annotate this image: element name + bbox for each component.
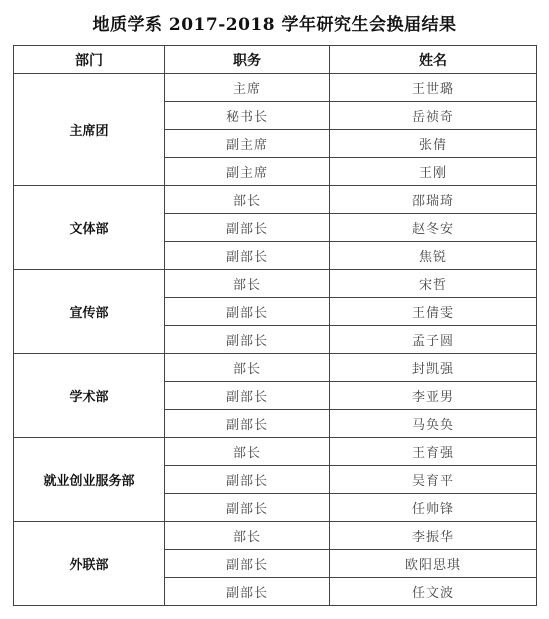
table-row: 主席团 主席 王世璐 — [14, 74, 537, 102]
name-cell: 王倩雯 — [330, 298, 537, 326]
name-cell: 李振华 — [330, 522, 537, 550]
position-cell: 副部长 — [165, 214, 330, 242]
department-cell: 就业创业服务部 — [14, 438, 165, 522]
name-cell: 邵瑞琦 — [330, 186, 537, 214]
name-cell: 王育强 — [330, 438, 537, 466]
name-cell: 吴育平 — [330, 466, 537, 494]
position-cell: 部长 — [165, 270, 330, 298]
header-department: 部门 — [14, 46, 165, 74]
position-cell: 副部长 — [165, 382, 330, 410]
department-cell: 外联部 — [14, 522, 165, 606]
name-cell: 宋哲 — [330, 270, 537, 298]
department-cell: 宣传部 — [14, 270, 165, 354]
name-cell: 王刚 — [330, 158, 537, 186]
name-cell: 任文波 — [330, 578, 537, 606]
name-cell: 封凯强 — [330, 354, 537, 382]
position-cell: 副部长 — [165, 578, 330, 606]
table-row: 学术部 部长 封凯强 — [14, 354, 537, 382]
name-cell: 任帅锋 — [330, 494, 537, 522]
table-row: 宣传部 部长 宋哲 — [14, 270, 537, 298]
position-cell: 副主席 — [165, 130, 330, 158]
position-cell: 主席 — [165, 74, 330, 102]
header-position: 职务 — [165, 46, 330, 74]
position-cell: 部长 — [165, 354, 330, 382]
name-cell: 赵冬安 — [330, 214, 537, 242]
name-cell: 焦锐 — [330, 242, 537, 270]
position-cell: 副主席 — [165, 158, 330, 186]
position-cell: 部长 — [165, 438, 330, 466]
department-cell: 主席团 — [14, 74, 165, 186]
roster-table: 部门 职务 姓名 主席团 主席 王世璐 秘书长 岳祯奇 副主席 张倩 副主席 王… — [13, 45, 537, 606]
position-cell: 副部长 — [165, 550, 330, 578]
name-cell: 张倩 — [330, 130, 537, 158]
position-cell: 副部长 — [165, 410, 330, 438]
department-cell: 学术部 — [14, 354, 165, 438]
name-cell: 岳祯奇 — [330, 102, 537, 130]
name-cell: 王世璐 — [330, 74, 537, 102]
document-title: 地质学系 2017-2018 学年研究生会换届结果 — [0, 10, 549, 35]
name-cell: 马奂奂 — [330, 410, 537, 438]
name-cell: 李亚男 — [330, 382, 537, 410]
position-cell: 副部长 — [165, 466, 330, 494]
position-cell: 秘书长 — [165, 102, 330, 130]
name-cell: 欧阳思琪 — [330, 550, 537, 578]
position-cell: 部长 — [165, 186, 330, 214]
position-cell: 副部长 — [165, 494, 330, 522]
position-cell: 副部长 — [165, 298, 330, 326]
table-row: 外联部 部长 李振华 — [14, 522, 537, 550]
position-cell: 副部长 — [165, 326, 330, 354]
table-row: 就业创业服务部 部长 王育强 — [14, 438, 537, 466]
department-cell: 文体部 — [14, 186, 165, 270]
table-row: 文体部 部长 邵瑞琦 — [14, 186, 537, 214]
position-cell: 部长 — [165, 522, 330, 550]
header-row: 部门 职务 姓名 — [14, 46, 537, 74]
header-name: 姓名 — [330, 46, 537, 74]
position-cell: 副部长 — [165, 242, 330, 270]
name-cell: 孟子圆 — [330, 326, 537, 354]
